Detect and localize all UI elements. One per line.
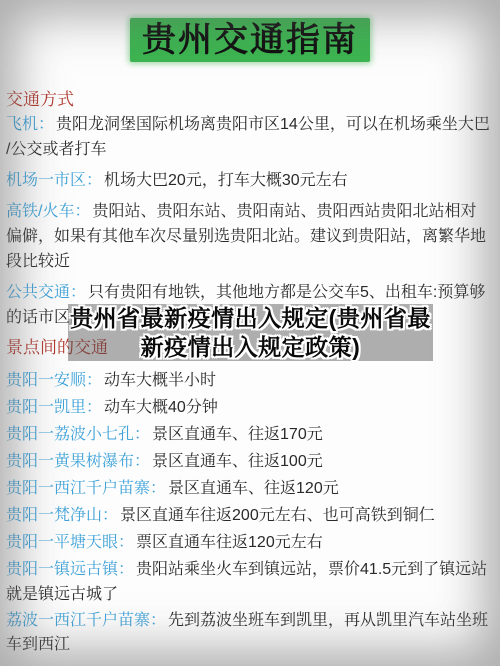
entry-guiyang-huangguoshu: 贵阳一黄果树瀑布：景区直通车、往返100元 xyxy=(6,449,494,474)
entry-text: 景区直通车、往返100元 xyxy=(152,453,323,470)
entry-label: 飞机： xyxy=(6,116,54,133)
entry-label: 贵阳一西江千户苗寨： xyxy=(6,480,166,497)
section-heading-transport: 交通方式 xyxy=(6,88,494,112)
entry-label: 贵阳一梵净山： xyxy=(6,507,118,524)
entry-text: 景区直通车、往返120元 xyxy=(168,480,339,497)
entry-label: 贵阳一镇远古镇： xyxy=(6,561,134,578)
entry-guiyang-libo: 贵阳一荔波小七孔：景区直通车、往返170元 xyxy=(6,422,494,447)
page-title: 贵州交通指南 xyxy=(130,18,370,62)
watermark-text-line1: 贵州省最新疫情出入规定(贵州省最 xyxy=(70,304,431,333)
entry-text: 动车大概40分钟 xyxy=(104,399,218,416)
entry-text: 景区直通车、往返170元 xyxy=(152,426,323,443)
entry-label: 公共交通： xyxy=(6,284,86,301)
entry-label: 荔波一西江千户苗寨： xyxy=(6,612,166,629)
entry-guiyang-pingtang: 贵阳一平塘天眼：票区直通车往返120元左右 xyxy=(6,530,494,555)
entry-label: 高铁/火车： xyxy=(6,203,90,220)
entry-label: 机场一市区： xyxy=(6,172,102,189)
entry-text: 票区直通车往返120元左右 xyxy=(136,534,323,551)
entry-libo-xijiang: 荔波一西江千户苗寨：先到荔波坐班车到凯里，再从凯里汽车站坐班 车到西江 xyxy=(6,609,494,657)
entry-label: 贵阳一荔波小七孔： xyxy=(6,426,150,443)
entry-guiyang-kaili: 贵阳一凯里：动车大概40分钟 xyxy=(6,395,494,420)
watermark-text-line2: 新疫情出入规定政策) xyxy=(141,333,361,362)
entry-airport-city: 机场一市区：机场大巴20元，打车大概30元左右 xyxy=(6,168,494,193)
entry-text: 景区直通车往返200元左右、也可高铁到铜仁 xyxy=(120,507,435,524)
routes-list: 贵阳一安顺：动车大概半小时 贵阳一凯里：动车大概40分钟 贵阳一荔波小七孔：景区… xyxy=(6,368,494,657)
entry-guiyang-zhenyuan: 贵阳一镇远古镇：贵阳站乘坐火车到镇远站，票价41.5元到了镇远站 就是镇远古城了 xyxy=(6,557,494,607)
entry-plane: 飞机：贵阳龙洞堡国际机场离贵阳市区14公里，可以在机场乘坐大巴 /公交或者打车 xyxy=(6,112,494,162)
title-row: 贵州交通指南 xyxy=(0,0,500,62)
entry-label: 贵阳一安顺： xyxy=(6,372,102,389)
entry-guiyang-fanjingshan: 贵阳一梵净山：景区直通车往返200元左右、也可高铁到铜仁 xyxy=(6,503,494,528)
guide-page: 贵州交通指南 交通方式 飞机：贵阳龙洞堡国际机场离贵阳市区14公里，可以在机场乘… xyxy=(0,0,500,666)
entry-label: 贵阳一凯里： xyxy=(6,399,102,416)
entry-text: 动车大概半小时 xyxy=(104,372,216,389)
entry-guiyang-xijiang: 贵阳一西江千户苗寨：景区直通车、往返120元 xyxy=(6,476,494,501)
watermark-overlay: 贵州省最新疫情出入规定(贵州省最 新疫情出入规定政策) xyxy=(68,304,433,361)
guide-content: 交通方式 飞机：贵阳龙洞堡国际机场离贵阳市区14公里，可以在机场乘坐大巴 /公交… xyxy=(0,88,500,657)
entry-label: 贵阳一平塘天眼： xyxy=(6,534,134,551)
entry-text: 机场大巴20元，打车大概30元左右 xyxy=(104,172,348,189)
entry-highspeed-train: 高铁/火车：贵阳站、贵阳东站、贵阳南站、贵阳西站贵阳北站相对 偏僻，如果有其他车… xyxy=(6,199,494,274)
entry-guiyang-anshun: 贵阳一安顺：动车大概半小时 xyxy=(6,368,494,393)
entry-label: 贵阳一黄果树瀑布： xyxy=(6,453,150,470)
entry-text: 贵阳龙洞堡国际机场离贵阳市区14公里，可以在机场乘坐大巴 /公交或者打车 xyxy=(6,116,490,158)
